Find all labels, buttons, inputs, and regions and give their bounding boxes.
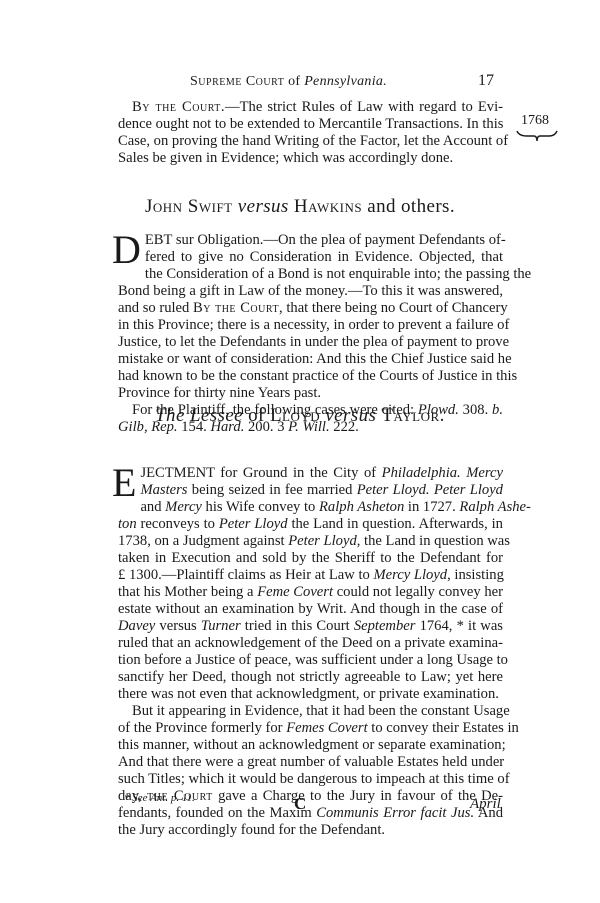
- text-span: But it appearing in Evidence, that it ha…: [132, 703, 510, 719]
- text-span: JECTMENT for Ground in the City of: [140, 465, 381, 481]
- text-span: Ralph Ashe-: [459, 499, 530, 515]
- text-span: tion before a Justice of peace, was suff…: [118, 652, 508, 668]
- text-line: EBT sur Obligation.—On the plea of payme…: [118, 232, 503, 249]
- text-span: his Wife convey to: [202, 499, 319, 515]
- text-line: But it appearing in Evidence, that it ha…: [118, 703, 503, 720]
- text-line: mistake or want of consideration: And th…: [118, 351, 503, 368]
- text-line: the Jury accordingly found for the Defen…: [118, 822, 503, 839]
- text-span: taken in Execution and sold by the Sheri…: [118, 550, 503, 566]
- text-line: tion before a Justice of peace, was suff…: [118, 652, 503, 669]
- text-span: could not legally convey her: [333, 584, 503, 600]
- text-span: Peter Lloyd,: [288, 533, 360, 549]
- text-span: reconveys to: [137, 516, 219, 532]
- running-head-court: Supreme Court: [190, 74, 284, 89]
- text-span: and: [140, 499, 165, 515]
- text-span: ton: [118, 516, 137, 532]
- text-span: ruled that an acknowledgement of the Dee…: [118, 635, 503, 651]
- text-span: gave a Charge to the Jury in favour of t…: [213, 788, 503, 804]
- of-label: of: [248, 405, 265, 426]
- text-span: to convey their Estates in: [368, 720, 519, 736]
- brace-icon: [515, 129, 559, 143]
- text-span: tried in this Court: [241, 618, 354, 634]
- text-span: Communis Error facit Jus.: [316, 805, 474, 821]
- text-line: 1738, on a Judgment against Peter Lloyd,…: [118, 533, 503, 550]
- text-line: and Mercy his Wife convey to Ralph Ashet…: [118, 499, 503, 516]
- text-line: By the Court.—The strict Rules of Law wi…: [118, 99, 503, 116]
- plaintiff-name: Lloyd: [270, 405, 320, 426]
- drop-cap: E: [112, 465, 136, 500]
- text-span: being seized in fee married: [187, 482, 356, 498]
- book-page: Supreme Court of Pennsylvania. 17 1768 B…: [0, 0, 600, 903]
- case2-paragraph-2: But it appearing in Evidence, that it ha…: [118, 703, 503, 839]
- text-line: sanctify her Deed, though not strictly a…: [118, 669, 503, 686]
- text-line: Justice, to let the Defendants in under …: [118, 334, 503, 351]
- text-line: Case, on proving the hand Writing of the…: [118, 133, 503, 150]
- lessee-label: The Lessee: [155, 405, 243, 426]
- text-span: the Jury accordingly found for the Defen…: [118, 822, 385, 838]
- text-span: Peter Lloyd.: [357, 482, 430, 498]
- versus-label: versus: [238, 196, 289, 217]
- drop-cap: D: [112, 232, 141, 267]
- text-line: and so ruled By the Court, that there be…: [118, 300, 503, 317]
- text-line: Province for thirty nine Years past.: [118, 385, 503, 402]
- text-span: Mercy Lloyd,: [373, 567, 450, 583]
- text-span: £ 1300.—Plaintiff claims as Heir at Law …: [118, 567, 373, 583]
- defendant-name: Hawkins: [294, 196, 362, 217]
- text-span: Femes Covert: [286, 720, 367, 736]
- margin-year-note: 1768: [521, 113, 549, 129]
- versus-label: versus: [325, 405, 376, 426]
- text-span: versus: [155, 618, 201, 634]
- text-line: ton reconveys to Peter Lloyd the Land in…: [118, 516, 503, 533]
- text-span: estate without an examination by Writ. A…: [118, 601, 503, 617]
- text-span: 1738, on a Judgment against: [118, 533, 288, 549]
- text-span: Masters: [140, 482, 187, 498]
- case2-body: E JECTMENT for Ground in the City of Phi…: [118, 465, 503, 839]
- text-span: this manner, without an acknowledgment o…: [118, 737, 506, 753]
- text-line: the Consideration of a Bond is not enqui…: [118, 266, 503, 283]
- text-span: that his Mother being a: [118, 584, 257, 600]
- case-title-swift-hawkins: John Swift versus Hawkins and others.: [0, 196, 600, 218]
- text-span: Mercy: [165, 499, 202, 515]
- text-span: Philadelphia.: [382, 465, 461, 481]
- preceding-case-text: By the Court.—The strict Rules of Law wi…: [118, 99, 503, 167]
- text-line: this manner, without an acknowledgment o…: [118, 737, 503, 754]
- text-span: and so ruled: [118, 300, 189, 316]
- text-line: there was not even that acknowledgment, …: [118, 686, 503, 703]
- text-line: Bond being a gift in Law of the money.—T…: [118, 283, 503, 300]
- text-span: September: [354, 618, 416, 634]
- text-span: there was not even that acknowledgment, …: [118, 686, 499, 702]
- text-span: Mercy: [466, 465, 503, 481]
- text-line: £ 1300.—Plaintiff claims as Heir at Law …: [118, 567, 503, 584]
- running-head-of: of: [288, 74, 300, 89]
- by-the-court-label: By the Court: [193, 300, 279, 316]
- text-span: And that there were a great number of va…: [118, 754, 504, 770]
- text-span: sanctify her Deed, though not strictly a…: [118, 669, 503, 685]
- text-line: JECTMENT for Ground in the City of Phila…: [118, 465, 503, 482]
- text-line: in this Province; there is a necessity, …: [118, 317, 503, 334]
- signature-mark: C: [294, 794, 306, 814]
- text-line: of the Province formerly for Femes Cover…: [118, 720, 503, 737]
- running-head-state: Pennsylvania.: [304, 74, 387, 89]
- by-the-court-label: By the Court.: [132, 99, 225, 115]
- text-line: Sales be given in Evidence; which was ac…: [118, 150, 503, 167]
- text-span: in 1727.: [404, 499, 459, 515]
- title-suffix: and others.: [367, 196, 455, 217]
- text-line: dence ought not to be extended to Mercan…: [118, 116, 503, 133]
- text-span: of the Province formerly for: [118, 720, 286, 736]
- text-span: Davey: [118, 618, 155, 634]
- text-line: estate without an examination by Writ. A…: [118, 601, 503, 618]
- text-span: Turner: [201, 618, 241, 634]
- catchword: April: [470, 796, 501, 813]
- page-number: 17: [478, 72, 494, 90]
- text-span: 1764, * it was: [415, 618, 503, 634]
- text-span: Peter Lloyd: [434, 482, 503, 498]
- text-line: And that there were a great number of va…: [118, 754, 503, 771]
- text-line: had known to be the constant practice of…: [118, 368, 503, 385]
- text-span: —The strict Rules of Law with regard to …: [225, 99, 503, 115]
- defendant-name: Taylor.: [381, 405, 444, 426]
- footnote: * See Ant. p. 11.: [124, 792, 195, 804]
- text-line: such Titles; which it would be dangerous…: [118, 771, 503, 788]
- text-span: insisting: [451, 567, 504, 583]
- text-line: taken in Execution and sold by the Sheri…: [118, 550, 503, 567]
- running-head: Supreme Court of Pennsylvania.: [190, 74, 387, 90]
- text-line: ruled that an acknowledgement of the Dee…: [118, 635, 503, 652]
- text-span: Ralph Asheton: [319, 499, 404, 515]
- text-span: Peter Lloyd: [219, 516, 288, 532]
- text-span: , that there being no Court of Chancery: [279, 300, 508, 316]
- case-title-lloyd-taylor: The Lessee of Lloyd versus Taylor.: [0, 405, 600, 427]
- text-line: Davey versus Turner tried in this Court …: [118, 618, 503, 635]
- text-span: the Land in question. Afterwards, in: [288, 516, 503, 532]
- text-span: Feme Covert: [257, 584, 333, 600]
- text-span: such Titles; which it would be dangerous…: [118, 771, 510, 787]
- text-line: Masters being seized in fee married Pete…: [118, 482, 503, 499]
- case2-paragraph-1: JECTMENT for Ground in the City of Phila…: [118, 465, 503, 703]
- text-line: fendants, founded on the Maxim Communis …: [118, 805, 503, 822]
- text-span: the Land in question was: [360, 533, 510, 549]
- text-line: fered to give no Consideration in Eviden…: [118, 249, 503, 266]
- plaintiff-name: John Swift: [145, 196, 233, 217]
- text-line: that his Mother being a Feme Covert coul…: [118, 584, 503, 601]
- text-span: fendants, founded on the Maxim: [118, 805, 316, 821]
